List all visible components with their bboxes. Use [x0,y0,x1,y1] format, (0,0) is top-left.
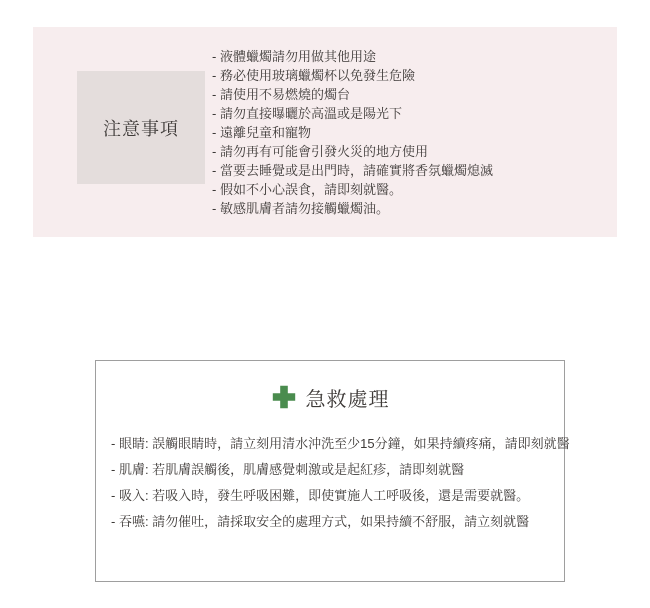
first-aid-item: - 吸入: 若吸入時，發生呼吸困難，即使實施人工呼吸後，還是需要就醫。 [111,483,564,509]
first-aid-title: 急救處理 [306,383,390,412]
green-cross-shape [272,386,294,408]
first-aid-section: 急救處理 - 眼睛: 誤觸眼睛時，請立刻用清水沖洗至少15分鐘，如果持續疼痛，請… [95,360,565,582]
green-cross-icon [271,384,297,410]
first-aid-list: - 眼睛: 誤觸眼睛時，請立刻用清水沖洗至少15分鐘，如果持續疼痛，請即刻就醫-… [96,431,564,535]
precaution-item: - 務必使用玻璃蠟燭杯以免發生危險 [212,66,493,85]
product-notice-page: 注意事項 - 液體蠟燭請勿用做其他用途- 務必使用玻璃蠟燭杯以免發生危險- 請使… [0,0,650,608]
precaution-item: - 液體蠟燭請勿用做其他用途 [212,47,493,66]
precaution-item: - 假如不小心誤食，請即刻就醫。 [212,180,493,199]
precaution-item: - 當要去睡覺或是出門時，請確實將香氛蠟燭熄滅 [212,161,493,180]
first-aid-header: 急救處理 [96,383,564,411]
precaution-item: - 請勿再有可能會引發火災的地方使用 [212,142,493,161]
first-aid-item: - 吞嚥: 請勿催吐，請採取安全的處理方式，如果持續不舒服，請立刻就醫 [111,509,564,535]
first-aid-item: - 肌膚: 若肌膚誤觸後，肌膚感覺刺激或是起紅疹，請即刻就醫 [111,457,564,483]
precautions-label-box: 注意事項 [77,71,205,184]
first-aid-item: - 眼睛: 誤觸眼睛時，請立刻用清水沖洗至少15分鐘，如果持續疼痛，請即刻就醫 [111,431,564,457]
precautions-title: 注意事項 [103,115,179,141]
precaution-item: - 遠離兒童和寵物 [212,123,493,142]
precaution-item: - 請使用不易燃燒的燭台 [212,85,493,104]
precautions-section: 注意事項 - 液體蠟燭請勿用做其他用途- 務必使用玻璃蠟燭杯以免發生危險- 請使… [33,27,617,237]
precautions-list: - 液體蠟燭請勿用做其他用途- 務必使用玻璃蠟燭杯以免發生危險- 請使用不易燃燒… [212,47,493,218]
precaution-item: - 請勿直接曝曬於高溫或是陽光下 [212,104,493,123]
precaution-item: - 敏感肌膚者請勿接觸蠟燭油。 [212,199,493,218]
